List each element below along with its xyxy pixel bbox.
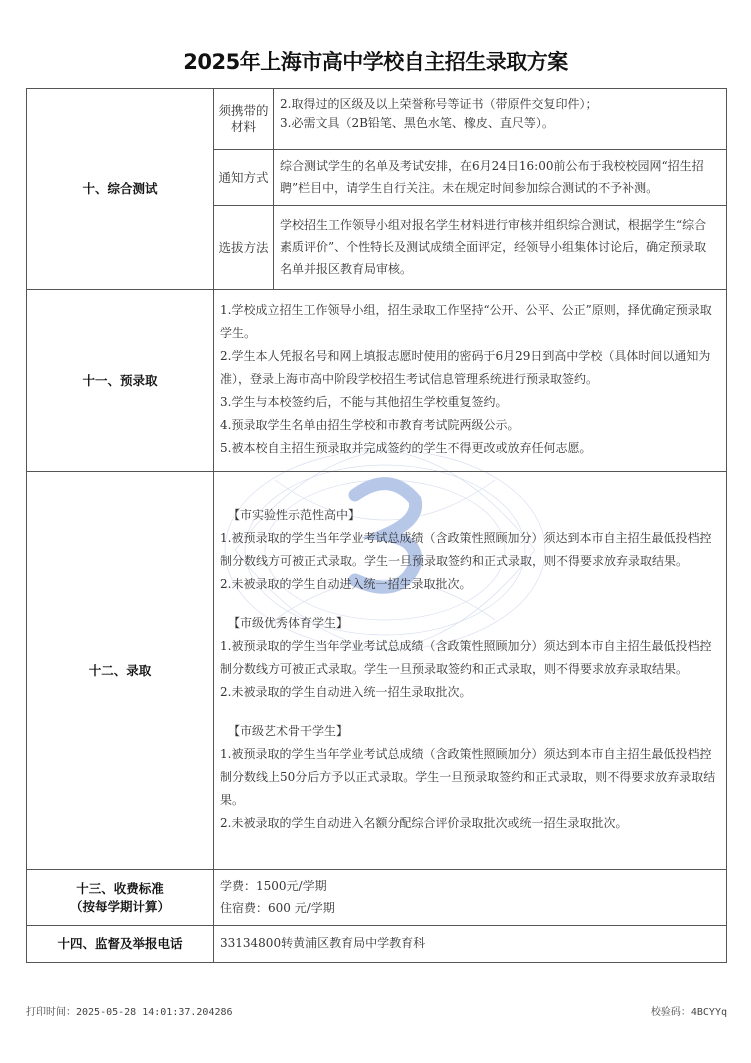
selection-text: 学校招生工作领导小组对报名学生材料进行审核并组织综合测试，根据学生“综合素质评价… xyxy=(280,214,716,280)
group-3-item-1: 1.被预录取的学生当年学业考试总成绩（含政策性照顾加分）须达到本市自主招生最低投… xyxy=(220,743,716,812)
document-title: 2025年上海市高中学校自主招生录取方案 xyxy=(0,46,751,76)
pre-admission-item-3: 3.学生与本校签约后，不能与其他招生学校重复签约。 xyxy=(220,391,716,414)
group-1-item-1: 1.被预录取的学生当年学业考试总成绩（含政策性照顾加分）须达到本市自主招生最低投… xyxy=(220,527,716,573)
group-3-title: 【市级艺术骨干学生】 xyxy=(220,720,716,743)
section-13-row: 十三、收费标准 （按每学期计算） 学费：1500元/学期 住宿费：600 元/学… xyxy=(27,870,727,926)
section-11-heading: 十一、预录取 xyxy=(27,290,214,472)
group-1-title: 【市实验性示范性高中】 xyxy=(220,504,716,527)
admission-plan-table: 十、综合测试 须携带的材料 2.取得过的区级及以上荣誉称号等证书（带原件交复印件… xyxy=(26,88,727,963)
fees-content: 学费：1500元/学期 住宿费：600 元/学期 xyxy=(214,870,727,926)
section-10-row-materials: 十、综合测试 须携带的材料 2.取得过的区级及以上荣誉称号等证书（带原件交复印件… xyxy=(27,89,727,150)
pre-admission-item-1: 1.学校成立招生工作领导小组，招生录取工作坚持“公开、公平、公正”原则，择优确定… xyxy=(220,299,716,345)
section-11-row: 十一、预录取 1.学校成立招生工作领导小组，招生录取工作坚持“公开、公平、公正”… xyxy=(27,290,727,472)
admission-content: 【市实验性示范性高中】 1.被预录取的学生当年学业考试总成绩（含政策性照顾加分）… xyxy=(214,472,727,870)
checksum: 校验码：4BCYYq xyxy=(651,1003,727,1018)
lodging-fee: 住宿费：600 元/学期 xyxy=(220,897,716,919)
group-2-item-1: 1.被预录取的学生当年学业考试总成绩（含政策性照顾加分）须达到本市自主招生最低投… xyxy=(220,635,716,681)
label-notification: 通知方式 xyxy=(214,150,274,206)
hotline-content: 33134800转黄浦区教育局中学教育科 xyxy=(214,926,727,963)
hotline-value: 33134800转黄浦区教育局中学教育科 xyxy=(220,932,716,955)
group-3-item-2: 2.未被录取的学生自动进入名额分配综合评价录取批次或统一招生录取批次。 xyxy=(220,812,716,835)
section-13-heading: 十三、收费标准 （按每学期计算） xyxy=(27,870,214,926)
section-10-heading: 十、综合测试 xyxy=(27,89,214,290)
materials-line-3: 3.必需文具（2B铅笔、黑色水笔、橡皮、直尺等）。 xyxy=(280,114,716,133)
section-12-row: 十二、录取 【市实验性示范性高中】 1.被预录取的学生当年学业考试总成绩（含政策… xyxy=(27,472,727,870)
section-14-row: 十四、监督及举报电话 33134800转黄浦区教育局中学教育科 xyxy=(27,926,727,963)
print-time: 打印时间：2025-05-28 14:01:37.204286 xyxy=(26,1003,233,1018)
group-1-item-2: 2.未被录取的学生自动进入统一招生录取批次。 xyxy=(220,573,716,596)
pre-admission-item-5: 5.被本校自主招生预录取并完成签约的学生不得更改或放弃任何志愿。 xyxy=(220,437,716,460)
group-2-item-2: 2.未被录取的学生自动进入统一招生录取批次。 xyxy=(220,681,716,704)
selection-content: 学校招生工作领导小组对报名学生材料进行审核并组织综合测试，根据学生“综合素质评价… xyxy=(274,206,727,290)
materials-line-2: 2.取得过的区级及以上荣誉称号等证书（带原件交复印件）； xyxy=(280,95,716,114)
pre-admission-content: 1.学校成立招生工作领导小组，招生录取工作坚持“公开、公平、公正”原则，择优确定… xyxy=(214,290,727,472)
section-13-heading-line-2: （按每学期计算） xyxy=(27,898,213,916)
label-selection: 选拔方法 xyxy=(214,206,274,290)
pre-admission-item-2: 2.学生本人凭报名号和网上填报志愿时使用的密码于6月29日到高中学校（具体时间以… xyxy=(220,345,716,391)
label-materials: 须携带的材料 xyxy=(214,89,274,150)
group-2-title: 【市级优秀体育学生】 xyxy=(220,612,716,635)
section-14-heading: 十四、监督及举报电话 xyxy=(27,926,214,963)
section-12-heading: 十二、录取 xyxy=(27,472,214,870)
notification-text: 综合测试学生的名单及考试安排，在6月24日16:00前公布于我校校园网“招生招聘… xyxy=(280,155,716,199)
materials-content: 2.取得过的区级及以上荣誉称号等证书（带原件交复印件）； 3.必需文具（2B铅笔… xyxy=(274,89,727,150)
tuition-fee: 学费：1500元/学期 xyxy=(220,875,716,897)
notification-content: 综合测试学生的名单及考试安排，在6月24日16:00前公布于我校校园网“招生招聘… xyxy=(274,150,727,206)
pre-admission-item-4: 4.预录取学生名单由招生学校和市教育考试院两级公示。 xyxy=(220,414,716,437)
section-13-heading-line-1: 十三、收费标准 xyxy=(27,880,213,898)
